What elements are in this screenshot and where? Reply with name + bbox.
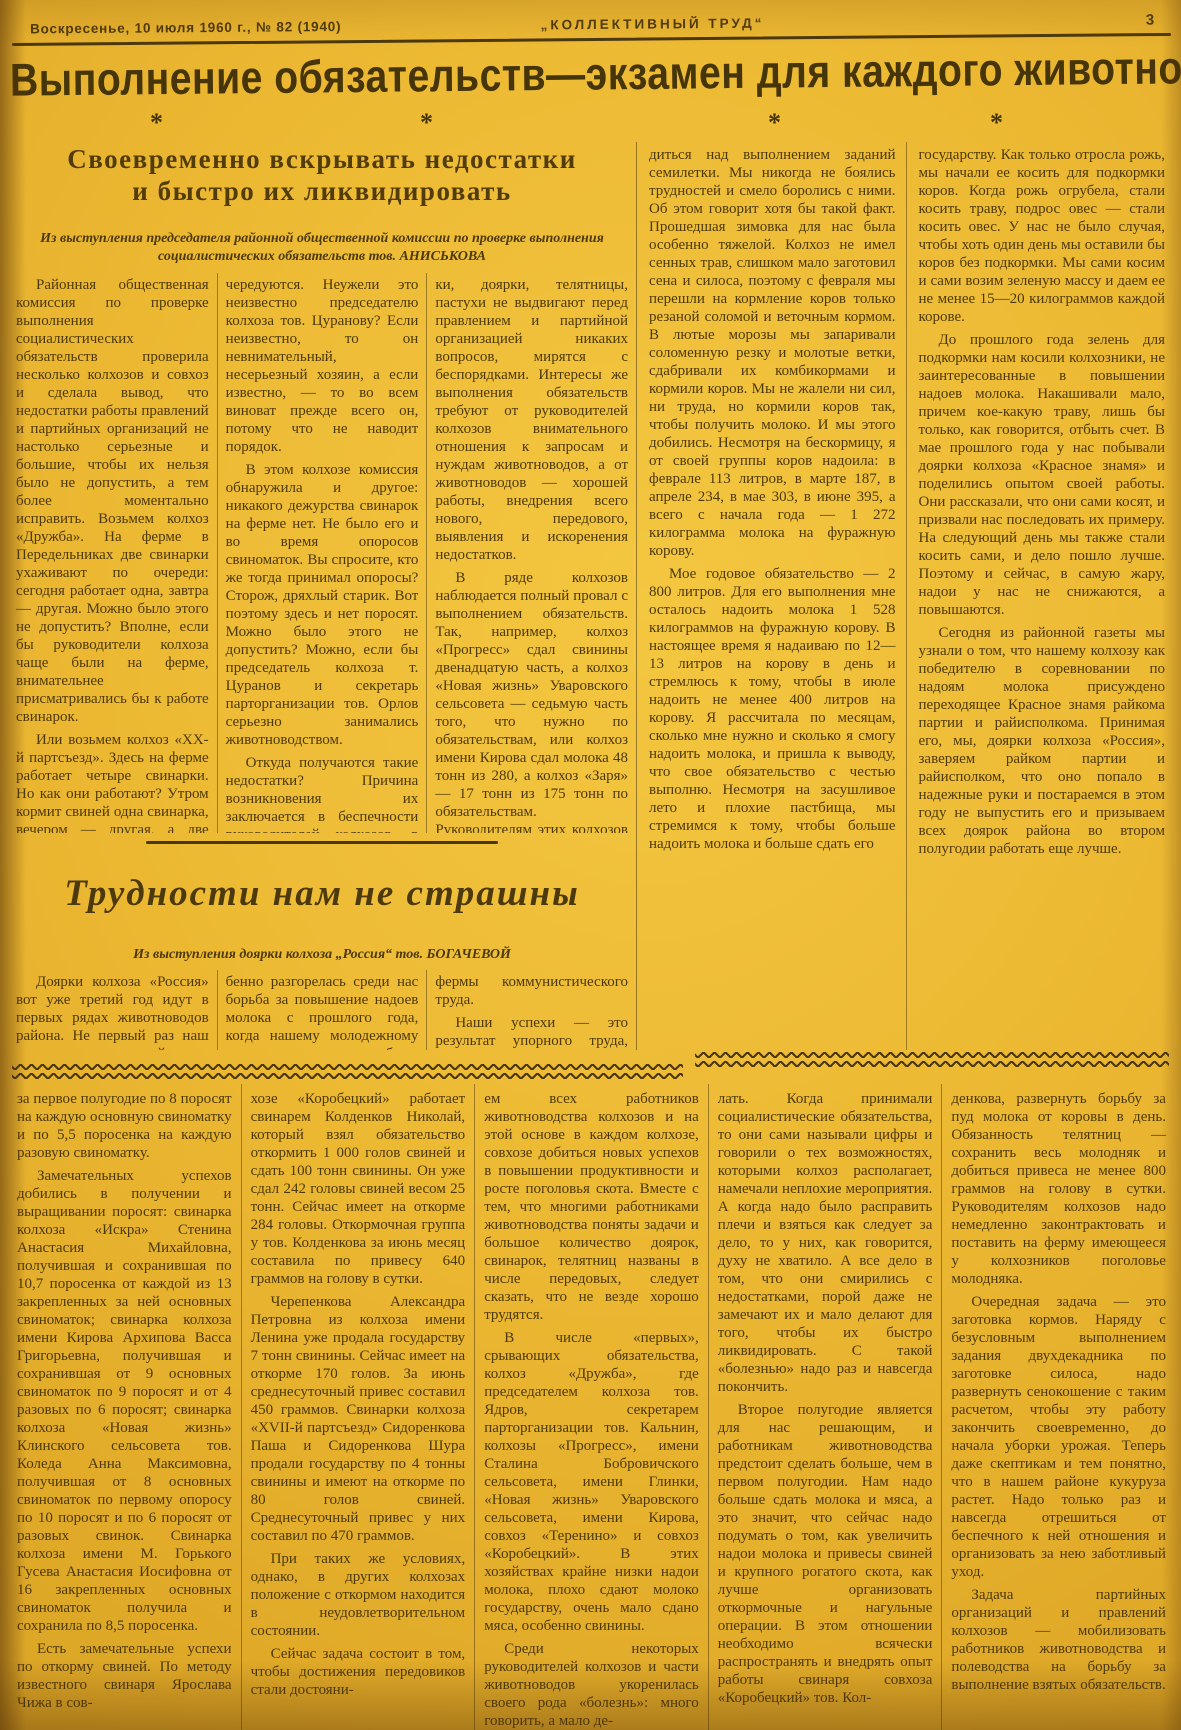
paragraph: В числе «первых», срывающих обязательств…: [484, 1329, 699, 1635]
banner-headline: Выполнение обязательств—экзамен для кажд…: [10, 41, 1181, 107]
paragraph: фермы коммунистического труда.: [435, 973, 628, 1009]
masthead-newspaper-title: „КОЛЛЕКТИВНЫЙ ТРУД“: [541, 16, 765, 33]
asterisk-icon: *: [150, 108, 163, 138]
article1-byline: Из выступления председателя районной общ…: [24, 230, 620, 266]
paragraph: ки, доярки, телятницы, пастухи не выдвиг…: [435, 276, 628, 564]
wavy-divider: [12, 1052, 1169, 1078]
zigzag-line: [695, 1052, 1169, 1058]
zigzag-line: [12, 1064, 683, 1070]
zigzag-line: [12, 1073, 683, 1079]
asterisk-icon: *: [420, 108, 433, 138]
article2-right-column-2: государству. Как только отросла рожь, мы…: [906, 142, 1176, 1050]
bottom-column-3: ем всех работников животноводства колхоз…: [474, 1084, 708, 1730]
wavy-divider-left-segment: [12, 1064, 683, 1079]
paragraph: Откуда получаются такие недостатки? Прич…: [226, 754, 419, 833]
article1-title-line1: Своевременно вскрывать недостатки: [8, 144, 636, 176]
newspaper-page: Воскресенье, 10 июля 1960 г., № 82 (1940…: [0, 0, 1181, 1730]
article1-title-line2: и быстро их ликвидировать: [8, 176, 636, 208]
paragraph: До прошлого года зелень для подкормки на…: [919, 331, 1166, 619]
asterisk-separator-row: * * * *: [0, 112, 1181, 142]
paragraph: лать. Когда принимали социалистические о…: [718, 1090, 933, 1396]
paragraph: за первое полугодие по 8 поросят на кажд…: [17, 1090, 232, 1162]
paragraph: В ряде колхозов наблюдается полный прова…: [435, 569, 628, 833]
asterisk-icon: *: [768, 108, 781, 138]
paragraph: Наши успехи — это результат упорного тру…: [435, 1014, 628, 1050]
article-aniskova: Своевременно вскрывать недостатки и быст…: [8, 144, 636, 833]
top-zone: Своевременно вскрывать недостатки и быст…: [0, 142, 1181, 1050]
paragraph: Есть замечательные успехи по откорму сви…: [17, 1640, 232, 1712]
bottom-column-4: лать. Когда принимали социалистические о…: [708, 1084, 942, 1730]
paragraph: диться над выполнением заданий семилетки…: [649, 146, 896, 560]
paragraph: чередуются. Неужели это неизвестно предс…: [226, 276, 419, 456]
article-bogacheva: Трудности нам не страшны Из выступления …: [8, 874, 636, 1050]
article1-title: Своевременно вскрывать недостатки и быст…: [8, 144, 636, 208]
article2-columns: Доярки колхоза «Россия» вот уже третий г…: [8, 970, 636, 1050]
article2-column-1: Доярки колхоза «Россия» вот уже третий г…: [8, 970, 217, 1050]
paragraph: Районная общественная комиссия по провер…: [16, 276, 209, 726]
paragraph: Доярки колхоза «Россия» вот уже третий г…: [16, 973, 209, 1050]
bottom-column-1: за первое полугодие по 8 поросят на кажд…: [8, 1084, 241, 1730]
paragraph: В этом колхозе комиссия обнаружила и дру…: [226, 461, 419, 749]
paragraph: Сейчас задача состоит в том, чтобы дости…: [251, 1645, 466, 1699]
masthead-date-issue: Воскресенье, 10 июля 1960 г., № 82 (1940…: [30, 18, 481, 37]
paragraph: Второе полугодие является для нас решающ…: [718, 1401, 933, 1707]
zigzag-line: [695, 1061, 1169, 1067]
bottom-zone: за первое полугодие по 8 поросят на кажд…: [0, 1078, 1181, 1730]
paragraph: Очередная задача — это заготовка кормов.…: [951, 1293, 1166, 1581]
paragraph: При таких же условиях, однако, в других …: [251, 1550, 466, 1640]
paragraph: Или возьмем колхоз «XX-й партсъезд». Зде…: [16, 731, 209, 833]
paragraph: Замечательных успехов добились в получен…: [17, 1167, 232, 1635]
article1-column-1: Районная общественная комиссия по провер…: [8, 273, 217, 833]
paragraph: денкова, развернуть борьбу за пуд молока…: [951, 1090, 1166, 1288]
left-zone: Своевременно вскрывать недостатки и быст…: [8, 142, 637, 1050]
paragraph: Сегодня из районной газеты мы узнали о т…: [919, 624, 1166, 858]
paragraph: хозе «Коробецкий» работает свинарем Колд…: [251, 1090, 466, 1288]
article2-column-2: бенно разгорелась среди нас борьба за по…: [217, 970, 427, 1050]
article1-column-3: ки, доярки, телятницы, пастухи не выдвиг…: [426, 273, 636, 833]
article2-right-column-1: диться над выполнением заданий семилетки…: [637, 142, 906, 1050]
paragraph: Мое годовое обязательство — 2 800 литров…: [649, 565, 896, 853]
bottom-column-2: хозе «Коробецкий» работает свинарем Колд…: [241, 1084, 475, 1730]
masthead-page-number: 3: [1146, 12, 1155, 29]
article2-byline: Из выступления доярки колхоза „Россия“ т…: [24, 946, 620, 964]
paragraph: Среди некоторых руководителей колхозов и…: [484, 1640, 699, 1730]
paragraph: государству. Как только отросла рожь, мы…: [919, 146, 1166, 326]
paragraph: бенно разгорелась среди нас борьба за по…: [226, 973, 419, 1050]
article1-column-2: чередуются. Неужели это неизвестно предс…: [217, 273, 427, 833]
paragraph: ем всех работников животноводства колхоз…: [484, 1090, 699, 1324]
article1-columns: Районная общественная комиссия по провер…: [8, 273, 636, 833]
article-separator-rule: [146, 841, 498, 844]
bottom-column-5: денкова, развернуть борьбу за пуд молока…: [941, 1084, 1175, 1730]
article2-title: Трудности нам не страшны: [8, 874, 636, 915]
article2-column-3: фермы коммунистического труда. Наши успе…: [426, 970, 636, 1050]
wavy-divider-right-segment: [695, 1052, 1169, 1067]
paragraph: Черепенкова Александра Петровна из колхо…: [251, 1293, 466, 1545]
asterisk-icon: *: [990, 108, 1003, 138]
paragraph: Задача партийных организаций и правлений…: [951, 1586, 1166, 1694]
